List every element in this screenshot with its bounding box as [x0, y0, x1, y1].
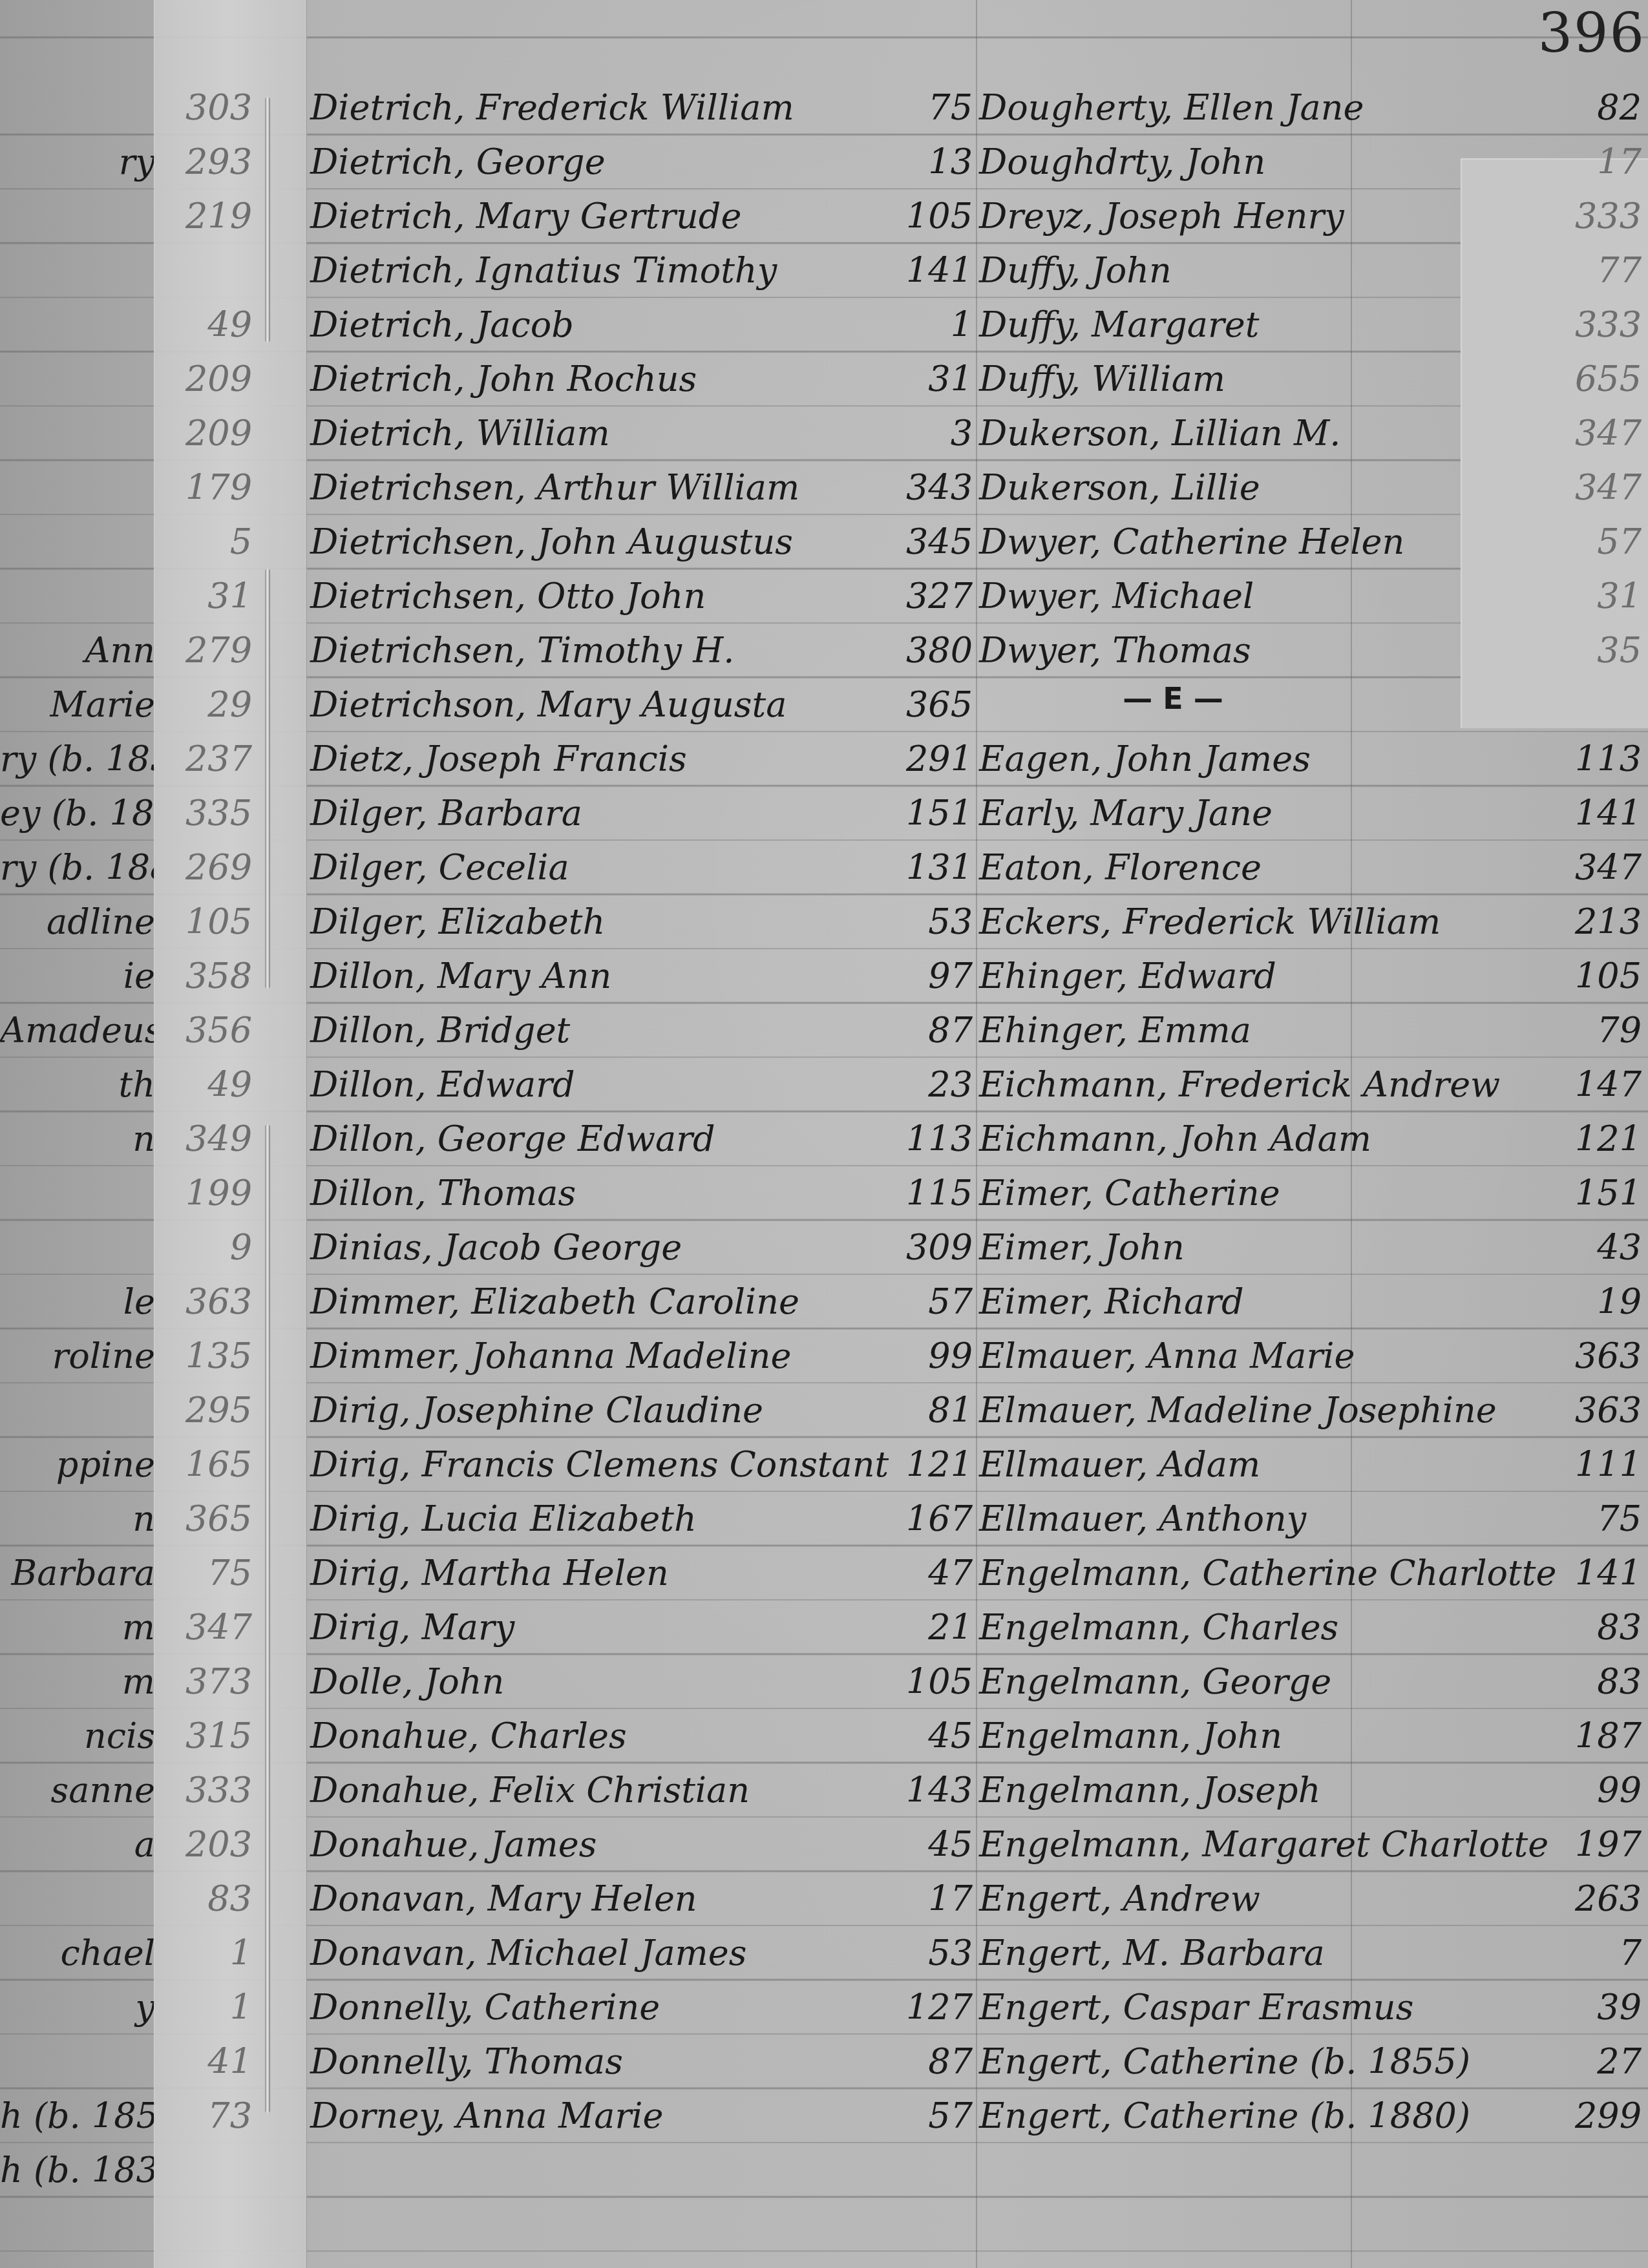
index-entry-page: 141 — [1499, 786, 1642, 841]
left-page-number: 41 — [129, 2035, 252, 2089]
index-entry-page: 82 — [1499, 81, 1642, 135]
index-entry-name: Engert, Caspar Erasmus — [979, 1980, 1561, 2035]
folio-number: 396 — [1538, 1, 1645, 65]
index-entry-page: 75 — [1499, 1492, 1642, 1546]
index-entry-name: Donnelly, Thomas — [310, 2035, 905, 2089]
index-entry-name: Donnelly, Catherine — [310, 1980, 905, 2035]
index-entry-name: Dolle, John — [310, 1655, 905, 1709]
index-entry-name: Dietrich, Mary Gertrude — [310, 189, 905, 244]
index-entry-name: Donahue, Felix Christian — [310, 1763, 905, 1818]
index-entry-name: Donavan, Mary Helen — [310, 1872, 905, 1926]
index-entry-name: Dillon, Thomas — [310, 1166, 905, 1221]
index-entry-page: 141 — [1499, 1546, 1642, 1601]
left-page-number: 269 — [129, 841, 252, 895]
index-entry-page: 105 — [853, 1655, 973, 1709]
index-entry-name: Duffy, John — [979, 244, 1561, 298]
index-entry-name: Dirig, Francis Clemens Constant — [310, 1438, 905, 1492]
index-entry-page: 111 — [1499, 1438, 1642, 1492]
index-entry-name: Eichmann, John Adam — [979, 1112, 1561, 1166]
index-entry-name: Dietrichsen, Arthur William — [310, 461, 905, 515]
index-entry-name: Engelmann, John — [979, 1709, 1561, 1763]
left-page-number: 49 — [129, 1058, 252, 1112]
index-entry-name: Ellmauer, Adam — [979, 1438, 1561, 1492]
left-page-number: 1 — [129, 1926, 252, 1980]
index-entry-page: 39 — [1499, 1980, 1642, 2035]
index-entry-page: 365 — [853, 678, 973, 732]
index-entry-page: 197 — [1499, 1818, 1642, 1872]
index-entry-page: 151 — [853, 786, 973, 841]
index-entry-name: Eichmann, Frederick Andrew — [979, 1058, 1561, 1112]
index-entry-page: 3 — [853, 406, 973, 461]
left-page-number: 237 — [129, 732, 252, 786]
index-entry-name: Dietrich, John Rochus — [310, 352, 905, 406]
left-page-number: 295 — [129, 1383, 252, 1438]
index-entry-page: 23 — [853, 1058, 973, 1112]
index-entry-page: 21 — [853, 1601, 973, 1655]
index-entry-page: 343 — [853, 461, 973, 515]
column-divider — [976, 0, 977, 2268]
index-entry-page: 53 — [853, 895, 973, 949]
index-entry-page: 31 — [1499, 569, 1642, 624]
left-page-number: 199 — [129, 1166, 252, 1221]
index-entry-name: Duffy, Margaret — [979, 298, 1561, 352]
left-page-number: 73 — [129, 2089, 252, 2143]
index-entry-page: 655 — [1499, 352, 1642, 406]
index-entry-page: 143 — [853, 1763, 973, 1818]
index-entry-page: 83 — [1499, 1655, 1642, 1709]
index-entry-page: 31 — [853, 352, 973, 406]
index-entry-name: Engelmann, Charles — [979, 1601, 1561, 1655]
left-page-number: 349 — [129, 1112, 252, 1166]
left-page-number: 209 — [129, 406, 252, 461]
index-entry-page: 35 — [1499, 624, 1642, 678]
index-entry-page: 97 — [853, 949, 973, 1003]
index-entry-name: Engelmann, Catherine Charlotte — [979, 1546, 1561, 1601]
index-entry-name: Dirig, Mary — [310, 1601, 905, 1655]
index-entry-name: Dougherty, Ellen Jane — [979, 81, 1561, 135]
index-entry-name: Eimer, Catherine — [979, 1166, 1561, 1221]
left-page-number: 365 — [129, 1492, 252, 1546]
index-entry-page: 1 — [853, 298, 973, 352]
index-entry-page: 167 — [853, 1492, 973, 1546]
index-entry-page: 13 — [853, 135, 973, 189]
index-entry-page: 57 — [853, 2089, 973, 2143]
left-page-number: 279 — [129, 624, 252, 678]
index-entry-page: 131 — [853, 841, 973, 895]
index-entry-name: Dillon, Edward — [310, 1058, 905, 1112]
index-entry-name: Dimmer, Elizabeth Caroline — [310, 1275, 905, 1329]
left-page-number: 209 — [129, 352, 252, 406]
index-entry-name: Dorney, Anna Marie — [310, 2089, 905, 2143]
index-entry-name: Elmauer, Madeline Josephine — [979, 1383, 1561, 1438]
index-entry-page: 291 — [853, 732, 973, 786]
index-entry-page: 327 — [853, 569, 973, 624]
left-page-number: 1 — [129, 1980, 252, 2035]
left-page-number: 363 — [129, 1275, 252, 1329]
left-page-number: 75 — [129, 1546, 252, 1601]
index-entry-name: Donahue, James — [310, 1818, 905, 1872]
index-entry-name: Engert, Andrew — [979, 1872, 1561, 1926]
index-entry-page: 79 — [1499, 1003, 1642, 1058]
index-entry-page: 87 — [853, 1003, 973, 1058]
left-page-number: 315 — [129, 1709, 252, 1763]
index-entry-name: Dietrichsen, John Augustus — [310, 515, 905, 569]
index-entry-name: Dillon, Mary Ann — [310, 949, 905, 1003]
index-entry-name: Dietz, Joseph Francis — [310, 732, 905, 786]
index-entry-page: 7 — [1499, 1926, 1642, 1980]
index-entry-page: 363 — [1499, 1329, 1642, 1383]
index-entry-name: Dilger, Elizabeth — [310, 895, 905, 949]
index-entry-page: 17 — [853, 1872, 973, 1926]
index-entry-name: Dukerson, Lillian M. — [979, 406, 1561, 461]
index-entry-name: Engert, M. Barbara — [979, 1926, 1561, 1980]
index-entry-name: Dietrich, William — [310, 406, 905, 461]
index-entry-name: Dwyer, Michael — [979, 569, 1561, 624]
left-page-number: 335 — [129, 786, 252, 841]
index-entry-page: 113 — [853, 1112, 973, 1166]
index-entry-name: Dietrichson, Mary Augusta — [310, 678, 905, 732]
index-entry-page: 47 — [853, 1546, 973, 1601]
left-page-number: 303 — [129, 81, 252, 135]
index-entry-page: 347 — [1499, 841, 1642, 895]
index-entry-page: 299 — [1499, 2089, 1642, 2143]
index-entry-page: 345 — [853, 515, 973, 569]
left-page-number: 29 — [129, 678, 252, 732]
index-entry-page: 105 — [853, 189, 973, 244]
index-entry-name: Dinias, Jacob George — [310, 1221, 905, 1275]
index-entry-name: Dwyer, Catherine Helen — [979, 515, 1561, 569]
index-entry-page: 187 — [1499, 1709, 1642, 1763]
index-entry-page: 333 — [1499, 189, 1642, 244]
index-entry-name: Engelmann, George — [979, 1655, 1561, 1709]
left-page-number: 358 — [129, 949, 252, 1003]
section-heading-e: — E — — [979, 671, 1367, 726]
index-entry-name: Dreyz, Joseph Henry — [979, 189, 1561, 244]
index-entry-page: 57 — [1499, 515, 1642, 569]
index-entry-page: 151 — [1499, 1166, 1642, 1221]
index-entry-page: 105 — [1499, 949, 1642, 1003]
index-entry-page: 347 — [1499, 461, 1642, 515]
index-entry-name: Eimer, Richard — [979, 1275, 1561, 1329]
index-entry-name: Ehinger, Edward — [979, 949, 1561, 1003]
index-entry-name: Dillon, George Edward — [310, 1112, 905, 1166]
staple-stitch — [265, 1124, 270, 1738]
left-page-number: 165 — [129, 1438, 252, 1492]
index-entry-name: Dietrichsen, Otto John — [310, 569, 905, 624]
staple-stitch — [265, 569, 270, 989]
index-entry-name: Donavan, Michael James — [310, 1926, 905, 1980]
left-page-number: 293 — [129, 135, 252, 189]
index-entry-page: 115 — [853, 1166, 973, 1221]
index-entry-name: Eagen, John James — [979, 732, 1561, 786]
left-page-number: 373 — [129, 1655, 252, 1709]
left-page-number: 9 — [129, 1221, 252, 1275]
index-entry-page: 87 — [853, 2035, 973, 2089]
left-page-number: 347 — [129, 1601, 252, 1655]
index-entry-page: 75 — [853, 81, 973, 135]
index-entry-name: Dillon, Bridget — [310, 1003, 905, 1058]
index-entry-name: Dukerson, Lillie — [979, 461, 1561, 515]
index-entry-name: Engert, Catherine (b. 1855) — [979, 2035, 1561, 2089]
index-entry-page: 147 — [1499, 1058, 1642, 1112]
index-entry-page: 53 — [853, 1926, 973, 1980]
index-entry-page: 27 — [1499, 2035, 1642, 2089]
index-entry-page: 81 — [853, 1383, 973, 1438]
left-page-number: 203 — [129, 1818, 252, 1872]
index-entry-page: 17 — [1499, 135, 1642, 189]
index-entry-name: Eaton, Florence — [979, 841, 1561, 895]
index-entry-name: Eckers, Frederick William — [979, 895, 1561, 949]
index-entry-page: 77 — [1499, 244, 1642, 298]
index-entry-name: Dietrich, George — [310, 135, 905, 189]
index-entry-name: Dilger, Cecelia — [310, 841, 905, 895]
left-fragment-text: h (b. 1837) — [0, 2143, 155, 2198]
index-entry-page: 121 — [853, 1438, 973, 1492]
index-entry-page: 57 — [853, 1275, 973, 1329]
index-entry-name: Elmauer, Anna Marie — [979, 1329, 1561, 1383]
index-entry-page: 121 — [1499, 1112, 1642, 1166]
index-entry-name: Donahue, Charles — [310, 1709, 905, 1763]
left-page-number: 83 — [129, 1872, 252, 1926]
index-entry-name: Duffy, William — [979, 352, 1561, 406]
index-entry-page: 380 — [853, 624, 973, 678]
index-entry-name: Dietrich, Jacob — [310, 298, 905, 352]
index-entry-name: Dietrich, Frederick William — [310, 81, 905, 135]
index-entry-page: 141 — [853, 244, 973, 298]
index-entry-name: Dirig, Martha Helen — [310, 1546, 905, 1601]
index-entry-page: 333 — [1499, 298, 1642, 352]
left-page-number: 105 — [129, 895, 252, 949]
index-entry-page: 347 — [1499, 406, 1642, 461]
index-entry-page: 213 — [1499, 895, 1642, 949]
index-entry-name: Dirig, Josephine Claudine — [310, 1383, 905, 1438]
index-entry-page: 127 — [853, 1980, 973, 2035]
index-entry-page: 43 — [1499, 1221, 1642, 1275]
left-page-number: 219 — [129, 189, 252, 244]
staple-stitch — [265, 97, 270, 342]
left-page-number: 179 — [129, 461, 252, 515]
index-entry-page: 363 — [1499, 1383, 1642, 1438]
index-entry-name: Dietrich, Ignatius Timothy — [310, 244, 905, 298]
left-page-number: 333 — [129, 1763, 252, 1818]
left-page-number: 5 — [129, 515, 252, 569]
index-entry-name: Engelmann, Margaret Charlotte — [979, 1818, 1561, 1872]
left-page-number: 135 — [129, 1329, 252, 1383]
left-page-number: 49 — [129, 298, 252, 352]
index-entry-name: Dimmer, Johanna Madeline — [310, 1329, 905, 1383]
index-entry-name: Early, Mary Jane — [979, 786, 1561, 841]
index-entry-name: Engelmann, Joseph — [979, 1763, 1561, 1818]
ledger-page: ryAnnMariery (b. 1855)ey (b. 1871)ry (b.… — [0, 0, 1648, 2268]
index-entry-name: Doughdrty, John — [979, 135, 1561, 189]
index-entry-name: Ellmauer, Anthony — [979, 1492, 1561, 1546]
index-entry-name: Dwyer, Thomas — [979, 624, 1561, 678]
index-entry-page: 99 — [853, 1329, 973, 1383]
index-entry-name: Ehinger, Emma — [979, 1003, 1561, 1058]
index-entry-name: Engert, Catherine (b. 1880) — [979, 2089, 1561, 2143]
index-entry-page: 99 — [1499, 1763, 1642, 1818]
index-entry-name: Eimer, John — [979, 1221, 1561, 1275]
index-entry-name: Dirig, Lucia Elizabeth — [310, 1492, 905, 1546]
index-entry-name: Dilger, Barbara — [310, 786, 905, 841]
index-entry-page: 263 — [1499, 1872, 1642, 1926]
left-page-number: 31 — [129, 569, 252, 624]
index-entry-page: 83 — [1499, 1601, 1642, 1655]
index-entry-page: 19 — [1499, 1275, 1642, 1329]
index-entry-name: Dietrichsen, Timothy H. — [310, 624, 905, 678]
index-entry-page: 45 — [853, 1709, 973, 1763]
index-entry-page: 309 — [853, 1221, 973, 1275]
index-entry-page: 45 — [853, 1818, 973, 1872]
staple-stitch — [265, 1712, 270, 2113]
left-page-number: 356 — [129, 1003, 252, 1058]
index-entry-page: 113 — [1499, 732, 1642, 786]
